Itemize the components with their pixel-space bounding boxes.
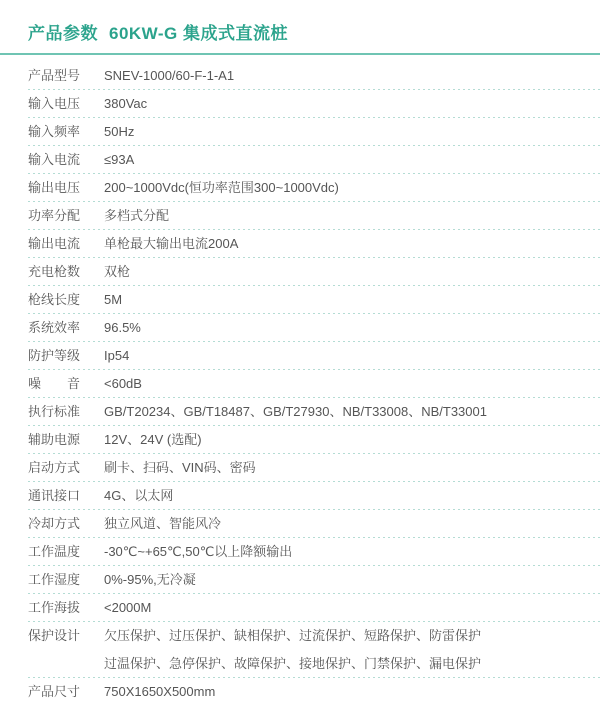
table-row: 冷却方式 独立风道、智能风冷 [28, 510, 600, 538]
table-row: 输出电压 200~1000Vdc(恒功率范围300~1000Vdc) [28, 174, 600, 202]
table-row: 保护设计 欠压保护、过压保护、缺相保护、过流保护、短路保护、防雷保护过温保护、急… [28, 622, 600, 678]
row-label: 防护等级 [28, 342, 104, 370]
row-value: 双枪 [104, 258, 600, 286]
row-label: 噪 音 [28, 370, 104, 398]
row-label: 输出电流 [28, 230, 104, 258]
row-label: 输入频率 [28, 118, 104, 146]
row-value: SNEV-1000/60-F-1-A1 [104, 62, 600, 90]
row-value: 200~1000Vdc(恒功率范围300~1000Vdc) [104, 174, 600, 202]
table-row: 噪 音 <60dB [28, 370, 600, 398]
row-label: 启动方式 [28, 454, 104, 482]
row-label: 系统效率 [28, 314, 104, 342]
row-label: 工作温度 [28, 538, 104, 566]
row-value: 单枪最大输出电流200A [104, 230, 600, 258]
table-row: 充电枪数 双枪 [28, 258, 600, 286]
table-row: 输入电压 380Vac [28, 90, 600, 118]
page-header: 产品参数60KW-G 集成式直流桩 [0, 0, 600, 44]
row-value: 独立风道、智能风冷 [104, 510, 600, 538]
table-row: 工作湿度 0%-95%,无冷凝 [28, 566, 600, 594]
page-title: 产品参数60KW-G 集成式直流桩 [28, 19, 600, 44]
table-row: 工作海拔 <2000M [28, 594, 600, 622]
row-value: GB/T20234、GB/T18487、GB/T27930、NB/T33008、… [104, 398, 600, 426]
row-label: 执行标准 [28, 398, 104, 426]
row-value: Ip54 [104, 342, 600, 370]
table-row: 执行标准 GB/T20234、GB/T18487、GB/T27930、NB/T3… [28, 398, 600, 426]
table-row: 产品型号 SNEV-1000/60-F-1-A1 [28, 62, 600, 90]
row-label: 产品尺寸 [28, 678, 104, 706]
row-label: 输入电压 [28, 90, 104, 118]
row-label: 工作湿度 [28, 566, 104, 594]
row-label: 工作海拔 [28, 594, 104, 622]
table-row: 输入频率 50Hz [28, 118, 600, 146]
table-row: 防护等级 Ip54 [28, 342, 600, 370]
row-label: 功率分配 [28, 202, 104, 230]
table-row: 启动方式 刷卡、扫码、VIN码、密码 [28, 454, 600, 482]
table-row: 产品尺寸 750X1650X500mm [28, 678, 600, 706]
table-row: 输出电流 单枪最大输出电流200A [28, 230, 600, 258]
row-value: 50Hz [104, 118, 600, 146]
row-label: 充电枪数 [28, 258, 104, 286]
table-row: 枪线长度 5M [28, 286, 600, 314]
row-value: 5M [104, 286, 600, 314]
row-value: <60dB [104, 370, 600, 398]
title-product-name: 60KW-G 集成式直流桩 [109, 24, 288, 43]
spec-table: 产品型号 SNEV-1000/60-F-1-A1 输入电压 380Vac 输入频… [28, 55, 600, 706]
product-spec-page: 产品参数60KW-G 集成式直流桩 产品型号 SNEV-1000/60-F-1-… [0, 0, 600, 719]
row-value: 750X1650X500mm [104, 678, 600, 706]
table-row: 辅助电源 12V、24V (选配) [28, 426, 600, 454]
table-row: 系统效率 96.5% [28, 314, 600, 342]
row-value: 0%-95%,无冷凝 [104, 566, 600, 594]
row-value: -30℃~+65℃,50℃以上降额输出 [104, 538, 600, 566]
row-label: 枪线长度 [28, 286, 104, 314]
row-label: 辅助电源 [28, 426, 104, 454]
row-label: 保护设计 [28, 622, 104, 650]
table-row: 工作温度 -30℃~+65℃,50℃以上降额输出 [28, 538, 600, 566]
row-label: 冷却方式 [28, 510, 104, 538]
table-row: 功率分配 多档式分配 [28, 202, 600, 230]
row-value: 欠压保护、过压保护、缺相保护、过流保护、短路保护、防雷保护过温保护、急停保护、故… [104, 622, 600, 678]
table-row: 通讯接口 4G、以太网 [28, 482, 600, 510]
table-row: 输入电流 ≤93A [28, 146, 600, 174]
title-section-label: 产品参数 [28, 24, 98, 43]
row-label: 产品型号 [28, 62, 104, 90]
row-value: <2000M [104, 594, 600, 622]
row-value: 12V、24V (选配) [104, 426, 600, 454]
row-value-line: 过温保护、急停保护、故障保护、接地保护、门禁保护、漏电保护 [104, 650, 600, 678]
row-value: 96.5% [104, 314, 600, 342]
row-value: 380Vac [104, 90, 600, 118]
row-value: 4G、以太网 [104, 482, 600, 510]
row-label: 输出电压 [28, 174, 104, 202]
row-label: 通讯接口 [28, 482, 104, 510]
row-value-line: 欠压保护、过压保护、缺相保护、过流保护、短路保护、防雷保护 [104, 622, 600, 650]
row-label: 输入电流 [28, 146, 104, 174]
row-value: 刷卡、扫码、VIN码、密码 [104, 454, 600, 482]
row-value: ≤93A [104, 146, 600, 174]
row-value: 多档式分配 [104, 202, 600, 230]
